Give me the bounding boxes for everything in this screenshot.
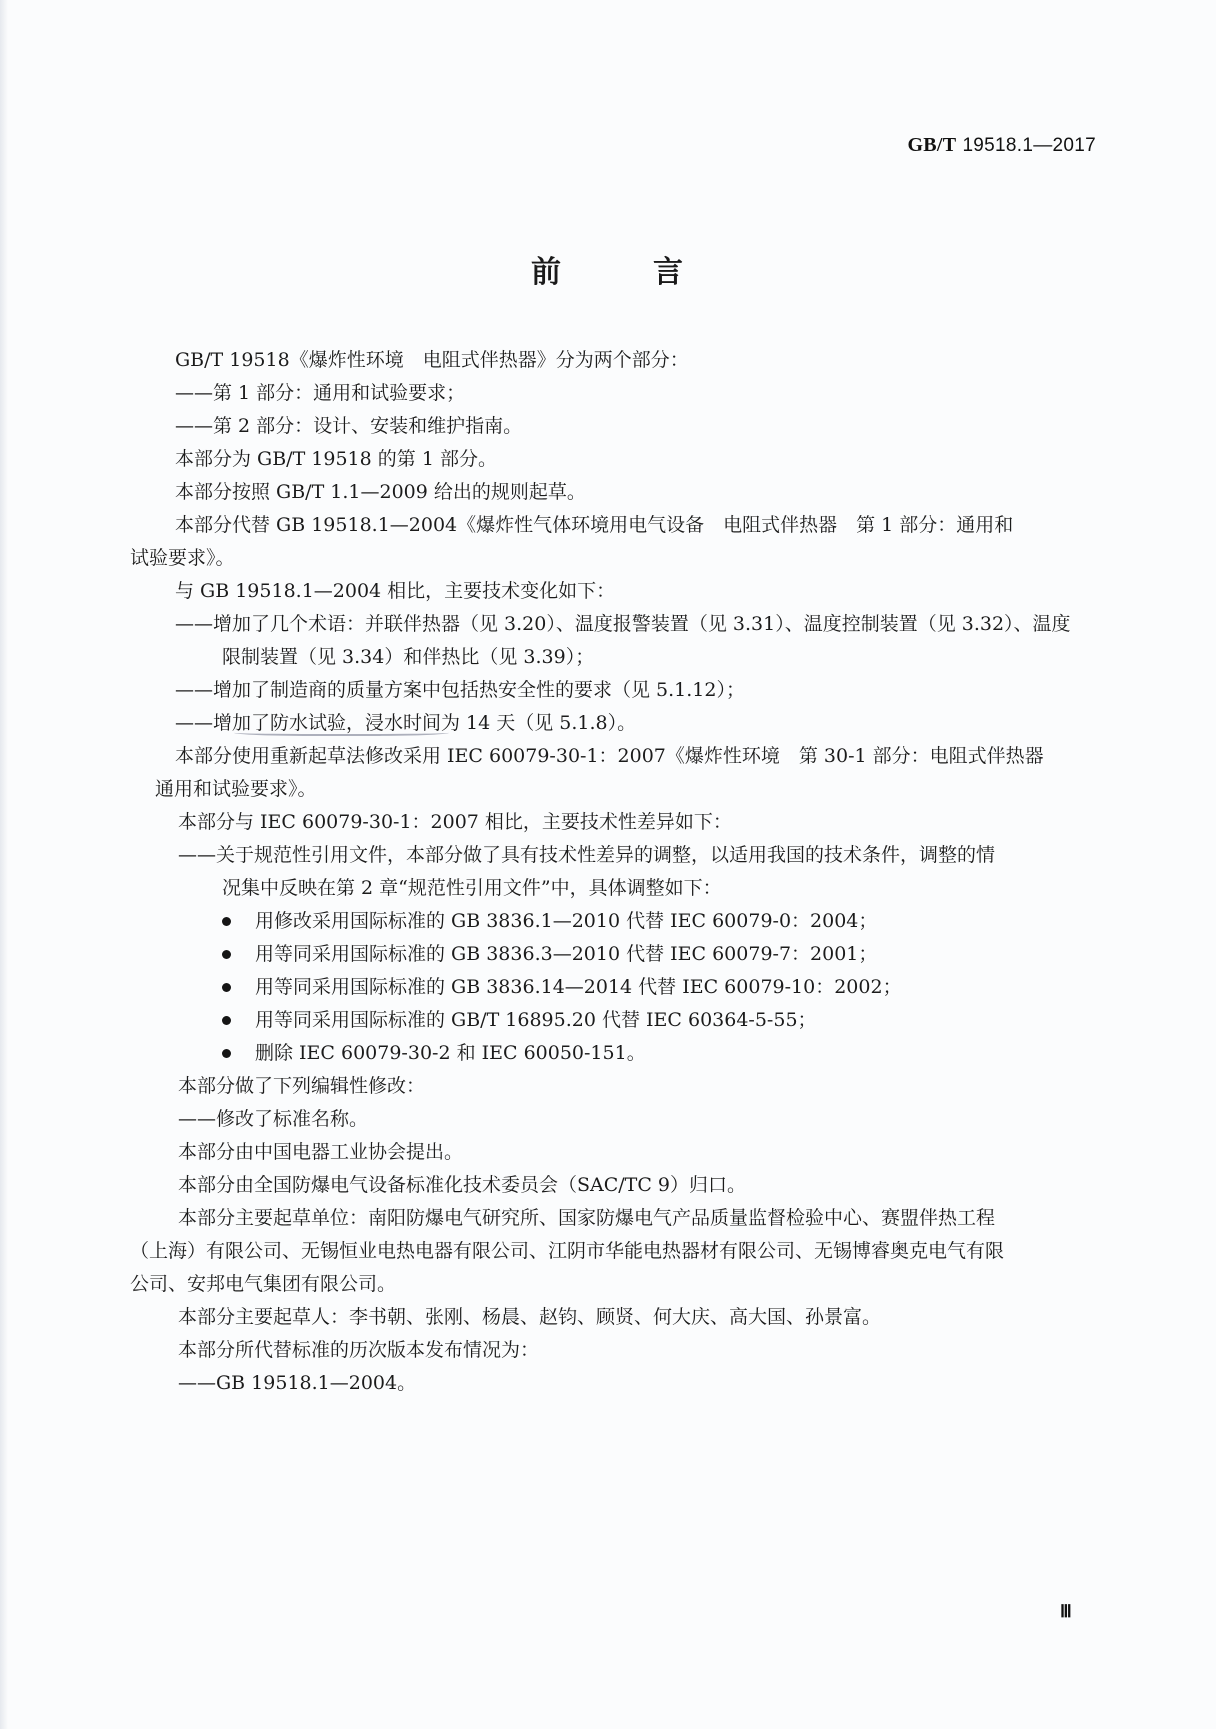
bullet-item: 用等同采用国际标准的 GB 3836.3—2010 代替 IEC 60079-7… [255, 942, 877, 966]
paragraph-line: 限制装置（见 3.34）和伴热比（见 3.39）； [222, 645, 594, 669]
paragraph-line: 况集中反映在第 2 章“规范性引用文件”中，具体调整如下： [222, 876, 722, 900]
paragraph-line: 本部分主要起草人：李书朝、张刚、杨晨、赵钧、顾贤、何大庆、高大国、孙景富。 [178, 1305, 881, 1329]
bullet-dot-icon [222, 1049, 231, 1058]
paragraph-line: ——第 2 部分：设计、安装和维护指南。 [175, 414, 522, 438]
page-number: Ⅲ [1060, 1602, 1071, 1622]
paragraph-line: 本部分所代替标准的历次版本发布情况为： [178, 1338, 539, 1362]
bullet-item: 用等同采用国际标准的 GB/T 16895.20 代替 IEC 60364-5-… [255, 1008, 817, 1032]
paragraph-line: 本部分按照 GB/T 1.1—2009 给出的规则起草。 [175, 480, 586, 504]
paragraph-line: 本部分做了下列编辑性修改： [178, 1074, 425, 1098]
bullet-dot-icon [222, 1016, 231, 1025]
paragraph-line: 试验要求》。 [130, 546, 235, 570]
paragraph-line: 本部分与 IEC 60079-30-1：2007 相比，主要技术性差异如下： [178, 810, 732, 834]
paragraph-line: ——增加了几个术语：并联伴热器（见 3.20）、温度报警装置（见 3.31）、温… [175, 612, 1071, 636]
bullet-item: 删除 IEC 60079-30-2 和 IEC 60050-151。 [255, 1041, 646, 1065]
bullet-item: 用修改采用国际标准的 GB 3836.1—2010 代替 IEC 60079-0… [255, 909, 877, 933]
paragraph-line: ——GB 19518.1—2004。 [178, 1371, 416, 1395]
handwritten-underline-mark [234, 728, 449, 736]
paragraph-line: 与 GB 19518.1—2004 相比，主要技术变化如下： [175, 579, 615, 603]
page-title: 前言 [0, 247, 1216, 291]
paragraph-line: 本部分使用重新起草法修改采用 IEC 60079-30-1：2007《爆炸性环境… [175, 744, 1044, 768]
paragraph-line: ——关于规范性引用文件，本部分做了具有技术性差异的调整，以适用我国的技术条件，调… [178, 843, 995, 867]
paragraph-line: 本部分为 GB/T 19518 的第 1 部分。 [175, 447, 497, 471]
title-char-1: 前 [531, 247, 563, 291]
paragraph-line: 通用和试验要求》。 [155, 777, 317, 801]
standard-prefix: GB/T [907, 134, 956, 156]
title-char-2: 言 [653, 247, 685, 291]
paragraph-line: ——第 1 部分：通用和试验要求； [175, 381, 465, 405]
paragraph-line: ——修改了标准名称。 [178, 1107, 368, 1131]
paragraph-line: GB/T 19518《爆炸性环境 电阻式伴热器》分为两个部分： [175, 348, 689, 372]
paragraph-line: （上海）有限公司、无锡恒业电热电器有限公司、江阴市华能电热器材有限公司、无锡博睿… [130, 1239, 1004, 1263]
bullet-dot-icon [222, 950, 231, 959]
bullet-item: 用等同采用国际标准的 GB 3836.14—2014 代替 IEC 60079-… [255, 975, 902, 999]
paragraph-line: 本部分代替 GB 19518.1—2004《爆炸性气体环境用电气设备 电阻式伴热… [175, 513, 1013, 537]
bullet-dot-icon [222, 983, 231, 992]
standard-number-header: GB/T19518.1—2017 [907, 134, 1096, 157]
paragraph-line: 本部分主要起草单位：南阳防爆电气研究所、国家防爆电气产品质量监督检验中心、赛盟伴… [178, 1206, 995, 1230]
paragraph-line: ——增加了制造商的质量方案中包括热安全性的要求（见 5.1.12）； [175, 678, 745, 702]
paragraph-line: 本部分由中国电器工业协会提出。 [178, 1140, 463, 1164]
standard-code: 19518.1—2017 [962, 135, 1096, 156]
paragraph-line: 公司、安邦电气集团有限公司。 [130, 1272, 396, 1296]
bullet-dot-icon [222, 917, 231, 926]
paragraph-line: 本部分由全国防爆电气设备标准化技术委员会（SAC/TC 9）归口。 [178, 1173, 746, 1197]
